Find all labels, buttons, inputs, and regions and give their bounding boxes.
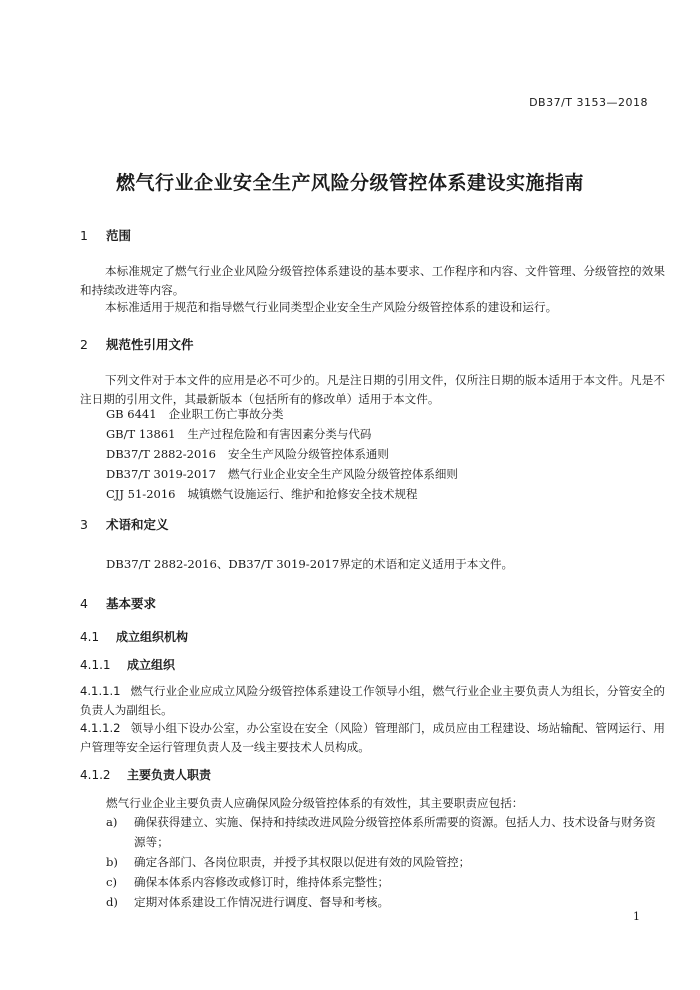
subsection-4-1-1-heading: 4.1.1成立组织 xyxy=(80,656,175,673)
section-title: 基本要求 xyxy=(106,596,156,611)
section-3-heading: 3术语和定义 xyxy=(80,515,169,533)
reference-title: 燃气行业企业安全生产风险分级管控体系细则 xyxy=(228,467,458,481)
section-title: 术语和定义 xyxy=(106,517,169,532)
reference-title: 城镇燃气设施运行、维护和抢修安全技术规程 xyxy=(187,487,417,501)
list-item: a)确保获得建立、实施、保持和持续改进风险分级管控体系所需要的资源。包括人力、技… xyxy=(106,812,666,852)
reference-list: GB 6441企业职工伤亡事故分类 GB/T 13861生产过程危险和有害因素分… xyxy=(106,404,458,504)
list-item: c)确保本体系内容修改或修订时，维持体系完整性； xyxy=(106,872,666,892)
section-number: 4.1.1 xyxy=(80,658,127,672)
reference-code: GB 6441 xyxy=(106,404,157,424)
reference-item: GB 6441企业职工伤亡事故分类 xyxy=(106,404,458,424)
reference-code: DB37/T 3019-2017 xyxy=(106,464,216,484)
reference-title: 生产过程危险和有害因素分类与代码 xyxy=(187,427,371,441)
paragraph: 本标准规定了燃气行业企业风险分级管控体系建设的基本要求、工作程序和内容、文件管理… xyxy=(80,262,665,299)
list-item: d)定期对体系建设工作情况进行调度、督导和考核。 xyxy=(106,892,666,912)
list-marker: d) xyxy=(106,892,134,912)
paragraph: DB37/T 2882-2016、DB37/T 3019-2017界定的术语和定… xyxy=(106,555,513,573)
document-page: DB37/T 3153—2018 燃气行业企业安全生产风险分级管控体系建设实施指… xyxy=(0,0,700,990)
document-title: 燃气行业企业安全生产风险分级管控体系建设实施指南 xyxy=(0,168,700,195)
section-1-heading: 1范围 xyxy=(80,226,131,244)
section-2-heading: 2规范性引用文件 xyxy=(80,335,194,353)
paragraph: 燃气行业企业主要负责人应确保风险分级管控体系的有效性，其主要职责应包括： xyxy=(106,794,523,812)
list-text: 确定各部门、各岗位职责，并授予其权限以促进有效的风险管控； xyxy=(134,852,666,872)
section-number: 4 xyxy=(80,596,106,611)
clause-4-1-1-2: 4.1.1.2领导小组下设办公室，办公室设在安全（风险）管理部门，成员应由工程建… xyxy=(80,719,665,756)
reference-item: GB/T 13861生产过程危险和有害因素分类与代码 xyxy=(106,424,458,444)
list-item: b)确定各部门、各岗位职责，并授予其权限以促进有效的风险管控； xyxy=(106,852,666,872)
section-number: 4.1.2 xyxy=(80,768,127,782)
reference-title: 安全生产风险分级管控体系通则 xyxy=(228,447,389,461)
clause-number: 4.1.1.1 xyxy=(80,684,121,698)
standard-code: DB37/T 3153—2018 xyxy=(529,96,648,109)
clause-number: 4.1.1.2 xyxy=(80,721,121,735)
section-number: 2 xyxy=(80,337,106,352)
page-number: 1 xyxy=(633,910,640,923)
paragraph: 下列文件对于本文件的应用是必不可少的。凡是注日期的引用文件，仅所注日期的版本适用… xyxy=(80,371,665,408)
list-text: 定期对体系建设工作情况进行调度、督导和考核。 xyxy=(134,892,666,912)
section-number: 3 xyxy=(80,517,106,532)
responsibility-list: a)确保获得建立、实施、保持和持续改进风险分级管控体系所需要的资源。包括人力、技… xyxy=(106,812,666,912)
list-marker: c) xyxy=(106,872,134,892)
reference-item: CJJ 51-2016城镇燃气设施运行、维护和抢修安全技术规程 xyxy=(106,484,458,504)
subsection-4-1-2-heading: 4.1.2主要负责人职责 xyxy=(80,766,211,783)
subsection-4-1-heading: 4.1成立组织机构 xyxy=(80,628,188,645)
reference-code: CJJ 51-2016 xyxy=(106,484,175,504)
section-number: 4.1 xyxy=(80,630,116,644)
reference-item: DB37/T 2882-2016安全生产风险分级管控体系通则 xyxy=(106,444,458,464)
reference-item: DB37/T 3019-2017燃气行业企业安全生产风险分级管控体系细则 xyxy=(106,464,458,484)
clause-4-1-1-1: 4.1.1.1燃气行业企业应成立风险分级管控体系建设工作领导小组，燃气行业企业主… xyxy=(80,682,665,719)
section-number: 1 xyxy=(80,228,106,243)
section-title: 成立组织机构 xyxy=(116,630,188,644)
paragraph: 本标准适用于规范和指导燃气行业同类型企业安全生产风险分级管控体系的建设和运行。 xyxy=(80,298,665,317)
section-title: 规范性引用文件 xyxy=(106,337,194,352)
list-marker: a) xyxy=(106,812,134,852)
section-title: 范围 xyxy=(106,228,131,243)
section-4-heading: 4基本要求 xyxy=(80,594,156,612)
list-marker: b) xyxy=(106,852,134,872)
section-title: 成立组织 xyxy=(127,658,175,672)
reference-code: GB/T 13861 xyxy=(106,424,175,444)
reference-title: 企业职工伤亡事故分类 xyxy=(169,407,284,421)
clause-text: 燃气行业企业应成立风险分级管控体系建设工作领导小组，燃气行业企业主要负责人为组长… xyxy=(80,684,665,717)
section-title: 主要负责人职责 xyxy=(127,768,211,782)
list-text: 确保本体系内容修改或修订时，维持体系完整性； xyxy=(134,872,666,892)
reference-code: DB37/T 2882-2016 xyxy=(106,444,216,464)
list-text: 确保获得建立、实施、保持和持续改进风险分级管控体系所需要的资源。包括人力、技术设… xyxy=(134,812,666,852)
clause-text: 领导小组下设办公室，办公室设在安全（风险）管理部门，成员应由工程建设、场站输配、… xyxy=(80,721,665,754)
